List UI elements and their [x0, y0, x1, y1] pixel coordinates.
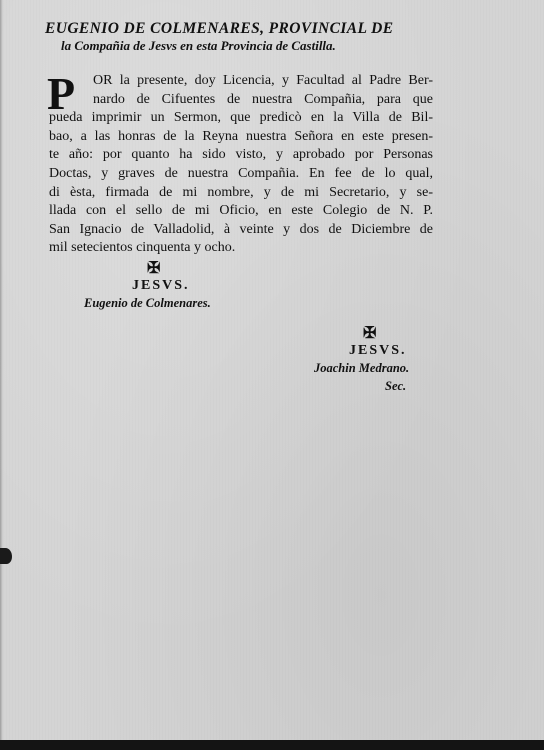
signature-right-jesus: JESVS. — [349, 343, 407, 359]
scan-bottom-edge — [0, 740, 544, 750]
body-line: pueda imprimir un Sermon, que predicò en… — [49, 109, 433, 128]
body-line: mil setecientos cinquenta y ocho. — [49, 239, 433, 258]
ink-blot — [0, 548, 12, 564]
signature-right-title: Sec. — [385, 378, 406, 394]
body-line: te año: por quanto ha sido visto, y apro… — [49, 146, 433, 165]
document-heading: EUGENIO DE COLMENARES, PROVINCIAL DE la … — [45, 20, 445, 54]
heading-line-1: EUGENIO DE COLMENARES, PROVINCIAL DE — [45, 20, 445, 38]
page-edge-shadow — [0, 0, 3, 744]
heading-line-2: la Compañia de Jesvs en esta Provincia d… — [61, 38, 445, 54]
license-paragraph: P OR la presente, doy Licencia, y Facult… — [49, 72, 433, 258]
body-line: San Ignacio de Valladolid, à veinte y do… — [49, 221, 433, 240]
signature-left-jesus: JESVS. — [132, 278, 190, 294]
body-line: bao, a las honras de la Reyna nuestra Se… — [49, 128, 433, 147]
drop-cap: P — [47, 74, 75, 114]
body-line: Doctas, y graves de nuestra Compañia. En… — [49, 165, 433, 184]
cross-icon: ✠ — [363, 325, 376, 343]
body-line: nardo de Cifuentes de nuestra Compañia, … — [49, 91, 433, 110]
cross-icon: ✠ — [147, 260, 160, 278]
body-line: OR la presente, doy Licencia, y Facultad… — [49, 72, 433, 91]
signature-right-name: Joachin Medrano. — [314, 360, 409, 376]
signature-left-name: Eugenio de Colmenares. — [84, 295, 211, 311]
scanned-page: EUGENIO DE COLMENARES, PROVINCIAL DE la … — [0, 0, 544, 744]
body-line: di èsta, firmada de mi nombre, y de mi S… — [49, 184, 433, 203]
body-line: llada con el sello de mi Oficio, en este… — [49, 202, 433, 221]
